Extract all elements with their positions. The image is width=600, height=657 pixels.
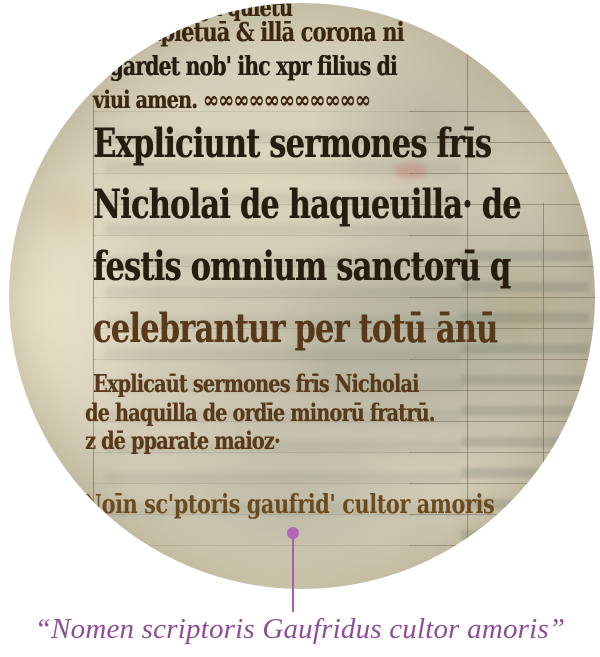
- ruling-vertical-far-right: [543, 203, 544, 483]
- manuscript-line-amen: viui amen. ∞∞∞∞∞∞∞∞∞∞∞: [93, 88, 370, 112]
- manuscript-explicit-small-1: Explicaūt sermones frīs Nicholai: [93, 372, 419, 396]
- manuscript-line: ne gardet nob' ihc xpr filius di: [77, 54, 397, 80]
- figure: ga quietū mpletuā & illā corona ni ne ga…: [0, 0, 600, 657]
- manuscript-explicit-large-3: festis omnium sanctorū q: [93, 247, 510, 287]
- manuscript-explicit-large-1: Expliciunt sermones frīs: [93, 124, 491, 164]
- caption-text: “Nomen scriptoris Gaufridus cultor amori…: [0, 613, 600, 646]
- manuscript-explicit-small-2: de haquilla de ordīe minorū fratrū.: [85, 401, 435, 425]
- manuscript-photo-circle: ga quietū mpletuā & illā corona ni ne ga…: [9, 3, 595, 589]
- manuscript-explicit-large-2: Nicholai de haqueuilla· de: [93, 185, 521, 225]
- manuscript-explicit-small-3: z dē pparate maioz·: [85, 429, 280, 453]
- manuscript-line: mpletuā & illā corona ni: [139, 20, 404, 46]
- manuscript-colophon-line: Noīn sc'ptoris gaufrid' cultor amoris: [83, 492, 494, 518]
- callout-line: [292, 538, 294, 612]
- manuscript-explicit-large-4: celebrantur per totū ānū: [93, 309, 497, 349]
